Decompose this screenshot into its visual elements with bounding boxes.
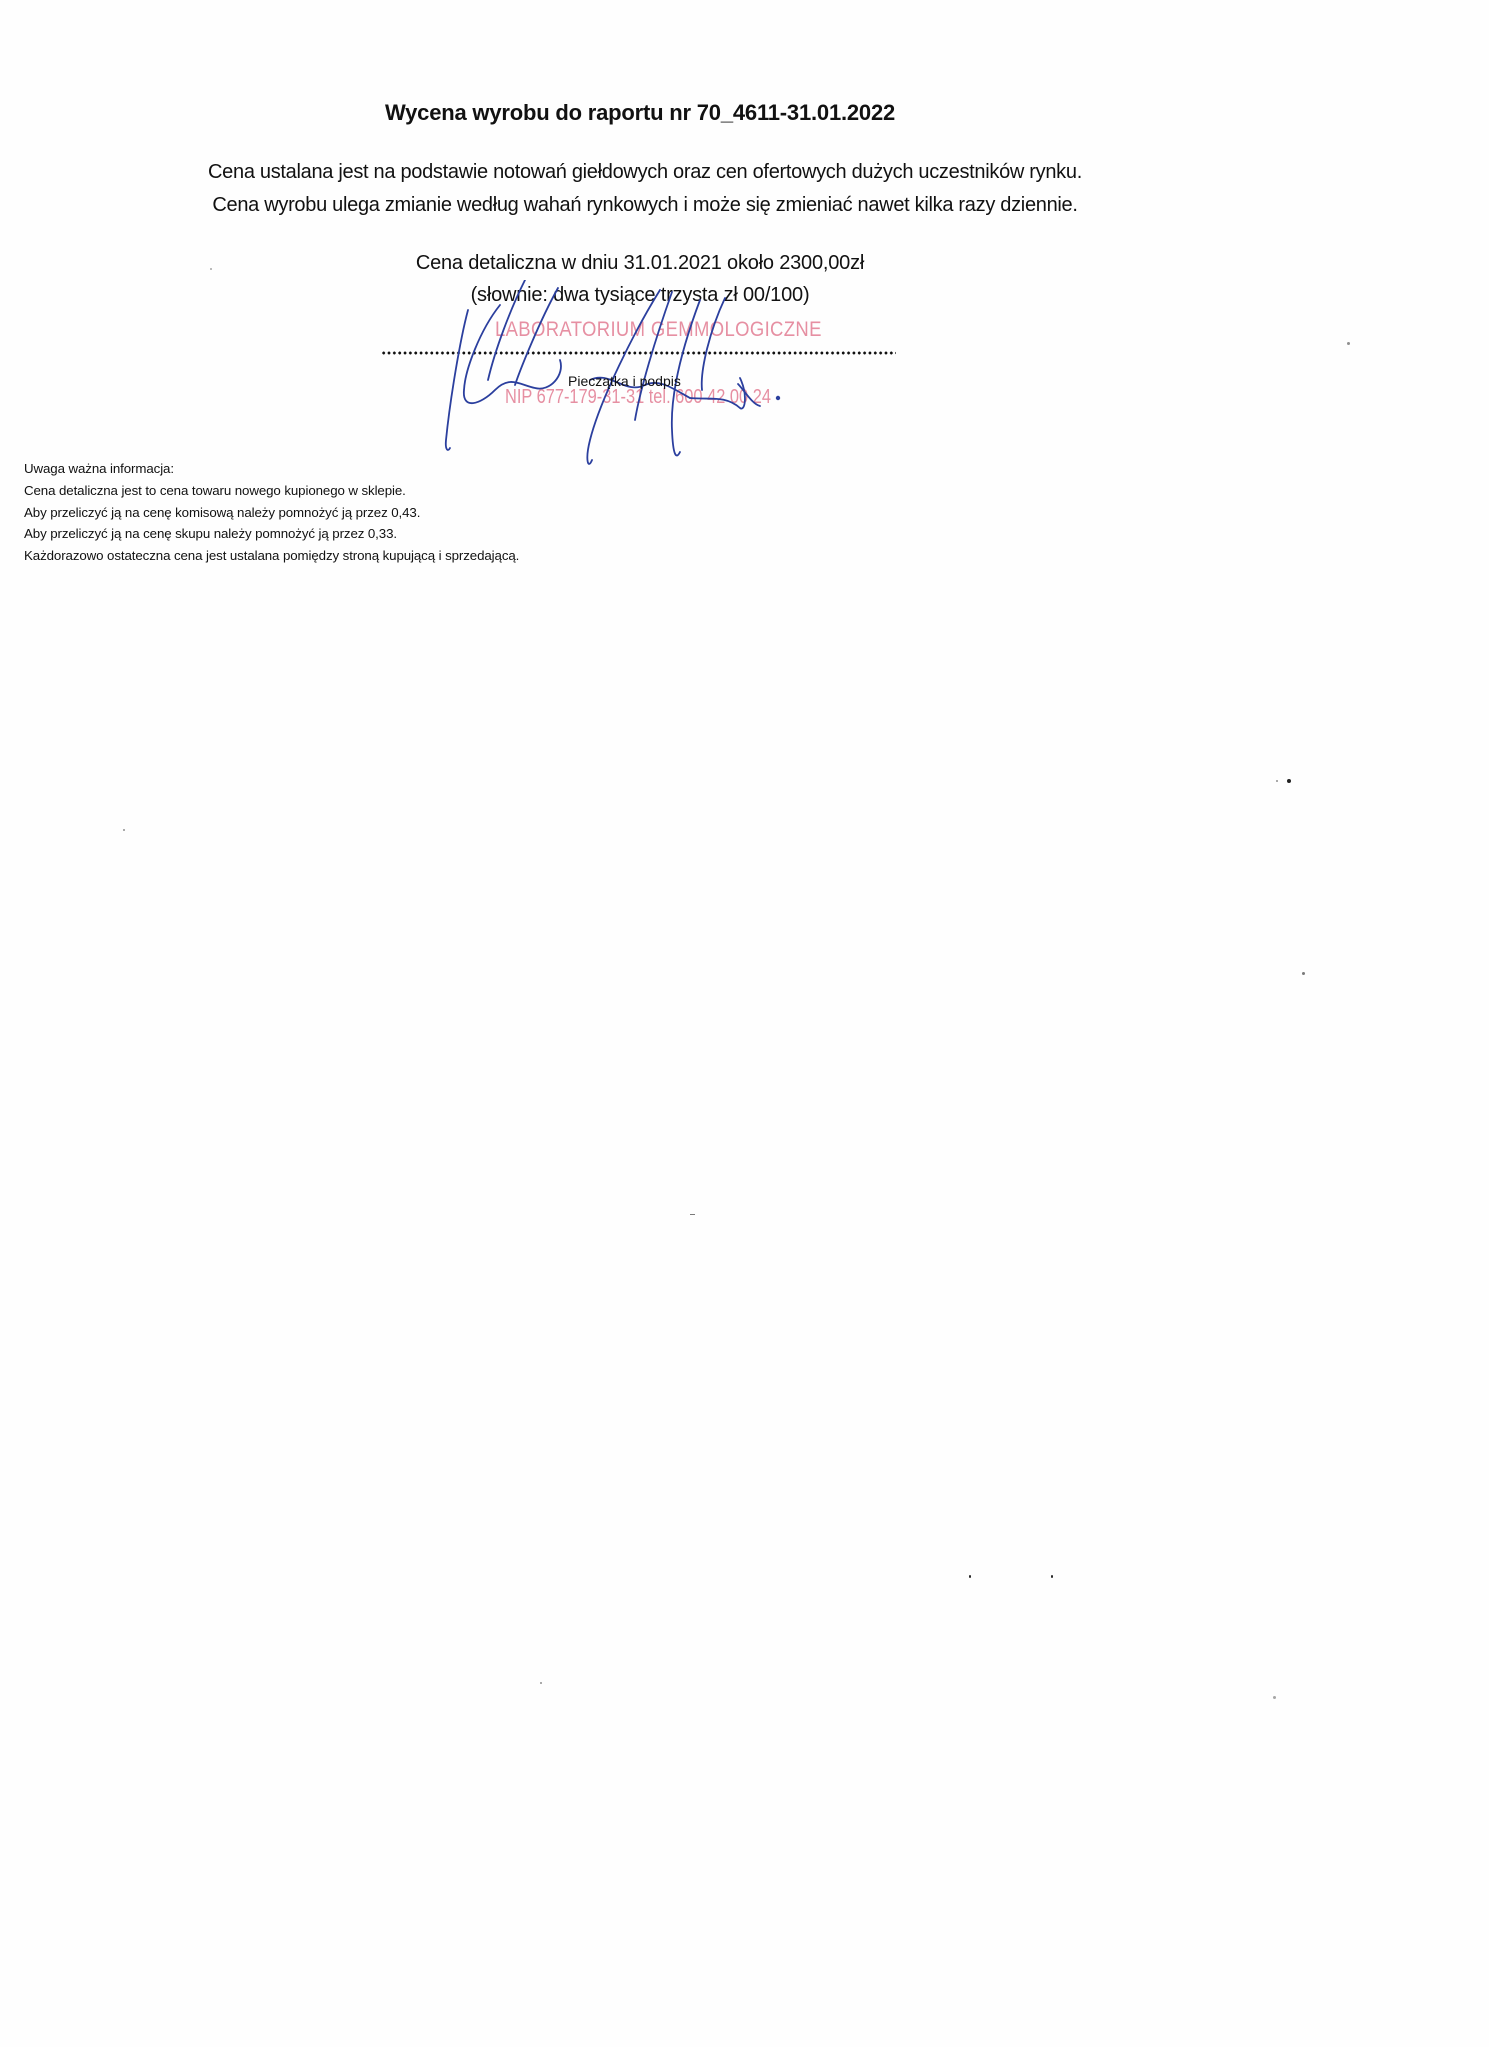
notes-line: Aby przeliczyć ją na cenę komisową należ… bbox=[24, 502, 519, 524]
scan-speck bbox=[210, 268, 212, 270]
important-notes: Uwaga ważna informacja: Cena detaliczna … bbox=[24, 458, 519, 567]
intro-paragraph: Cena ustalana jest na podstawie notowań … bbox=[0, 156, 1290, 222]
notes-line: Każdorazowo ostateczna cena jest ustalan… bbox=[24, 545, 519, 567]
scan-speck bbox=[540, 1682, 542, 1684]
document-title: Wycena wyrobu do raportu nr 70_4611-31.0… bbox=[0, 100, 1280, 126]
retail-price-line: Cena detaliczna w dniu 31.01.2021 około … bbox=[0, 247, 1280, 279]
scan-speck bbox=[690, 1214, 695, 1215]
scan-speck bbox=[969, 1575, 971, 1578]
scan-speck bbox=[1347, 342, 1350, 345]
notes-heading: Uwaga ważna informacja: bbox=[24, 458, 519, 480]
stamp-line-name-obscured bbox=[495, 343, 835, 361]
scan-speck bbox=[1287, 779, 1291, 783]
intro-line: Cena ustalana jest na podstawie notowań … bbox=[0, 156, 1290, 189]
scan-speck bbox=[1273, 1696, 1276, 1699]
retail-price-block: Cena detaliczna w dniu 31.01.2021 około … bbox=[0, 247, 1280, 311]
scan-speck bbox=[1302, 972, 1305, 975]
stamp-line-nip-phone: NIP 677-179-31-31 tel. 600 42 00 24 bbox=[505, 386, 776, 409]
retail-price-in-words: (słownie: dwa tysiące trzysta zł 00/100) bbox=[0, 279, 1280, 311]
company-stamp: LABORATORIUM GEMMOLOGICZNE NIP 677-179-3… bbox=[495, 318, 835, 409]
scanned-page: Wycena wyrobu do raportu nr 70_4611-31.0… bbox=[0, 0, 1489, 2047]
signature-label: Pieczątka i podpis bbox=[568, 373, 681, 389]
scan-speck bbox=[123, 829, 125, 831]
scan-speck bbox=[1276, 780, 1278, 782]
notes-line: Aby przeliczyć ją na cenę skupu należy p… bbox=[24, 523, 519, 545]
notes-line: Cena detaliczna jest to cena towaru nowe… bbox=[24, 480, 519, 502]
stamp-line-company: LABORATORIUM GEMMOLOGICZNE bbox=[495, 318, 794, 342]
intro-line: Cena wyrobu ulega zmianie według wahań r… bbox=[0, 189, 1290, 222]
scan-speck bbox=[1051, 1575, 1053, 1578]
